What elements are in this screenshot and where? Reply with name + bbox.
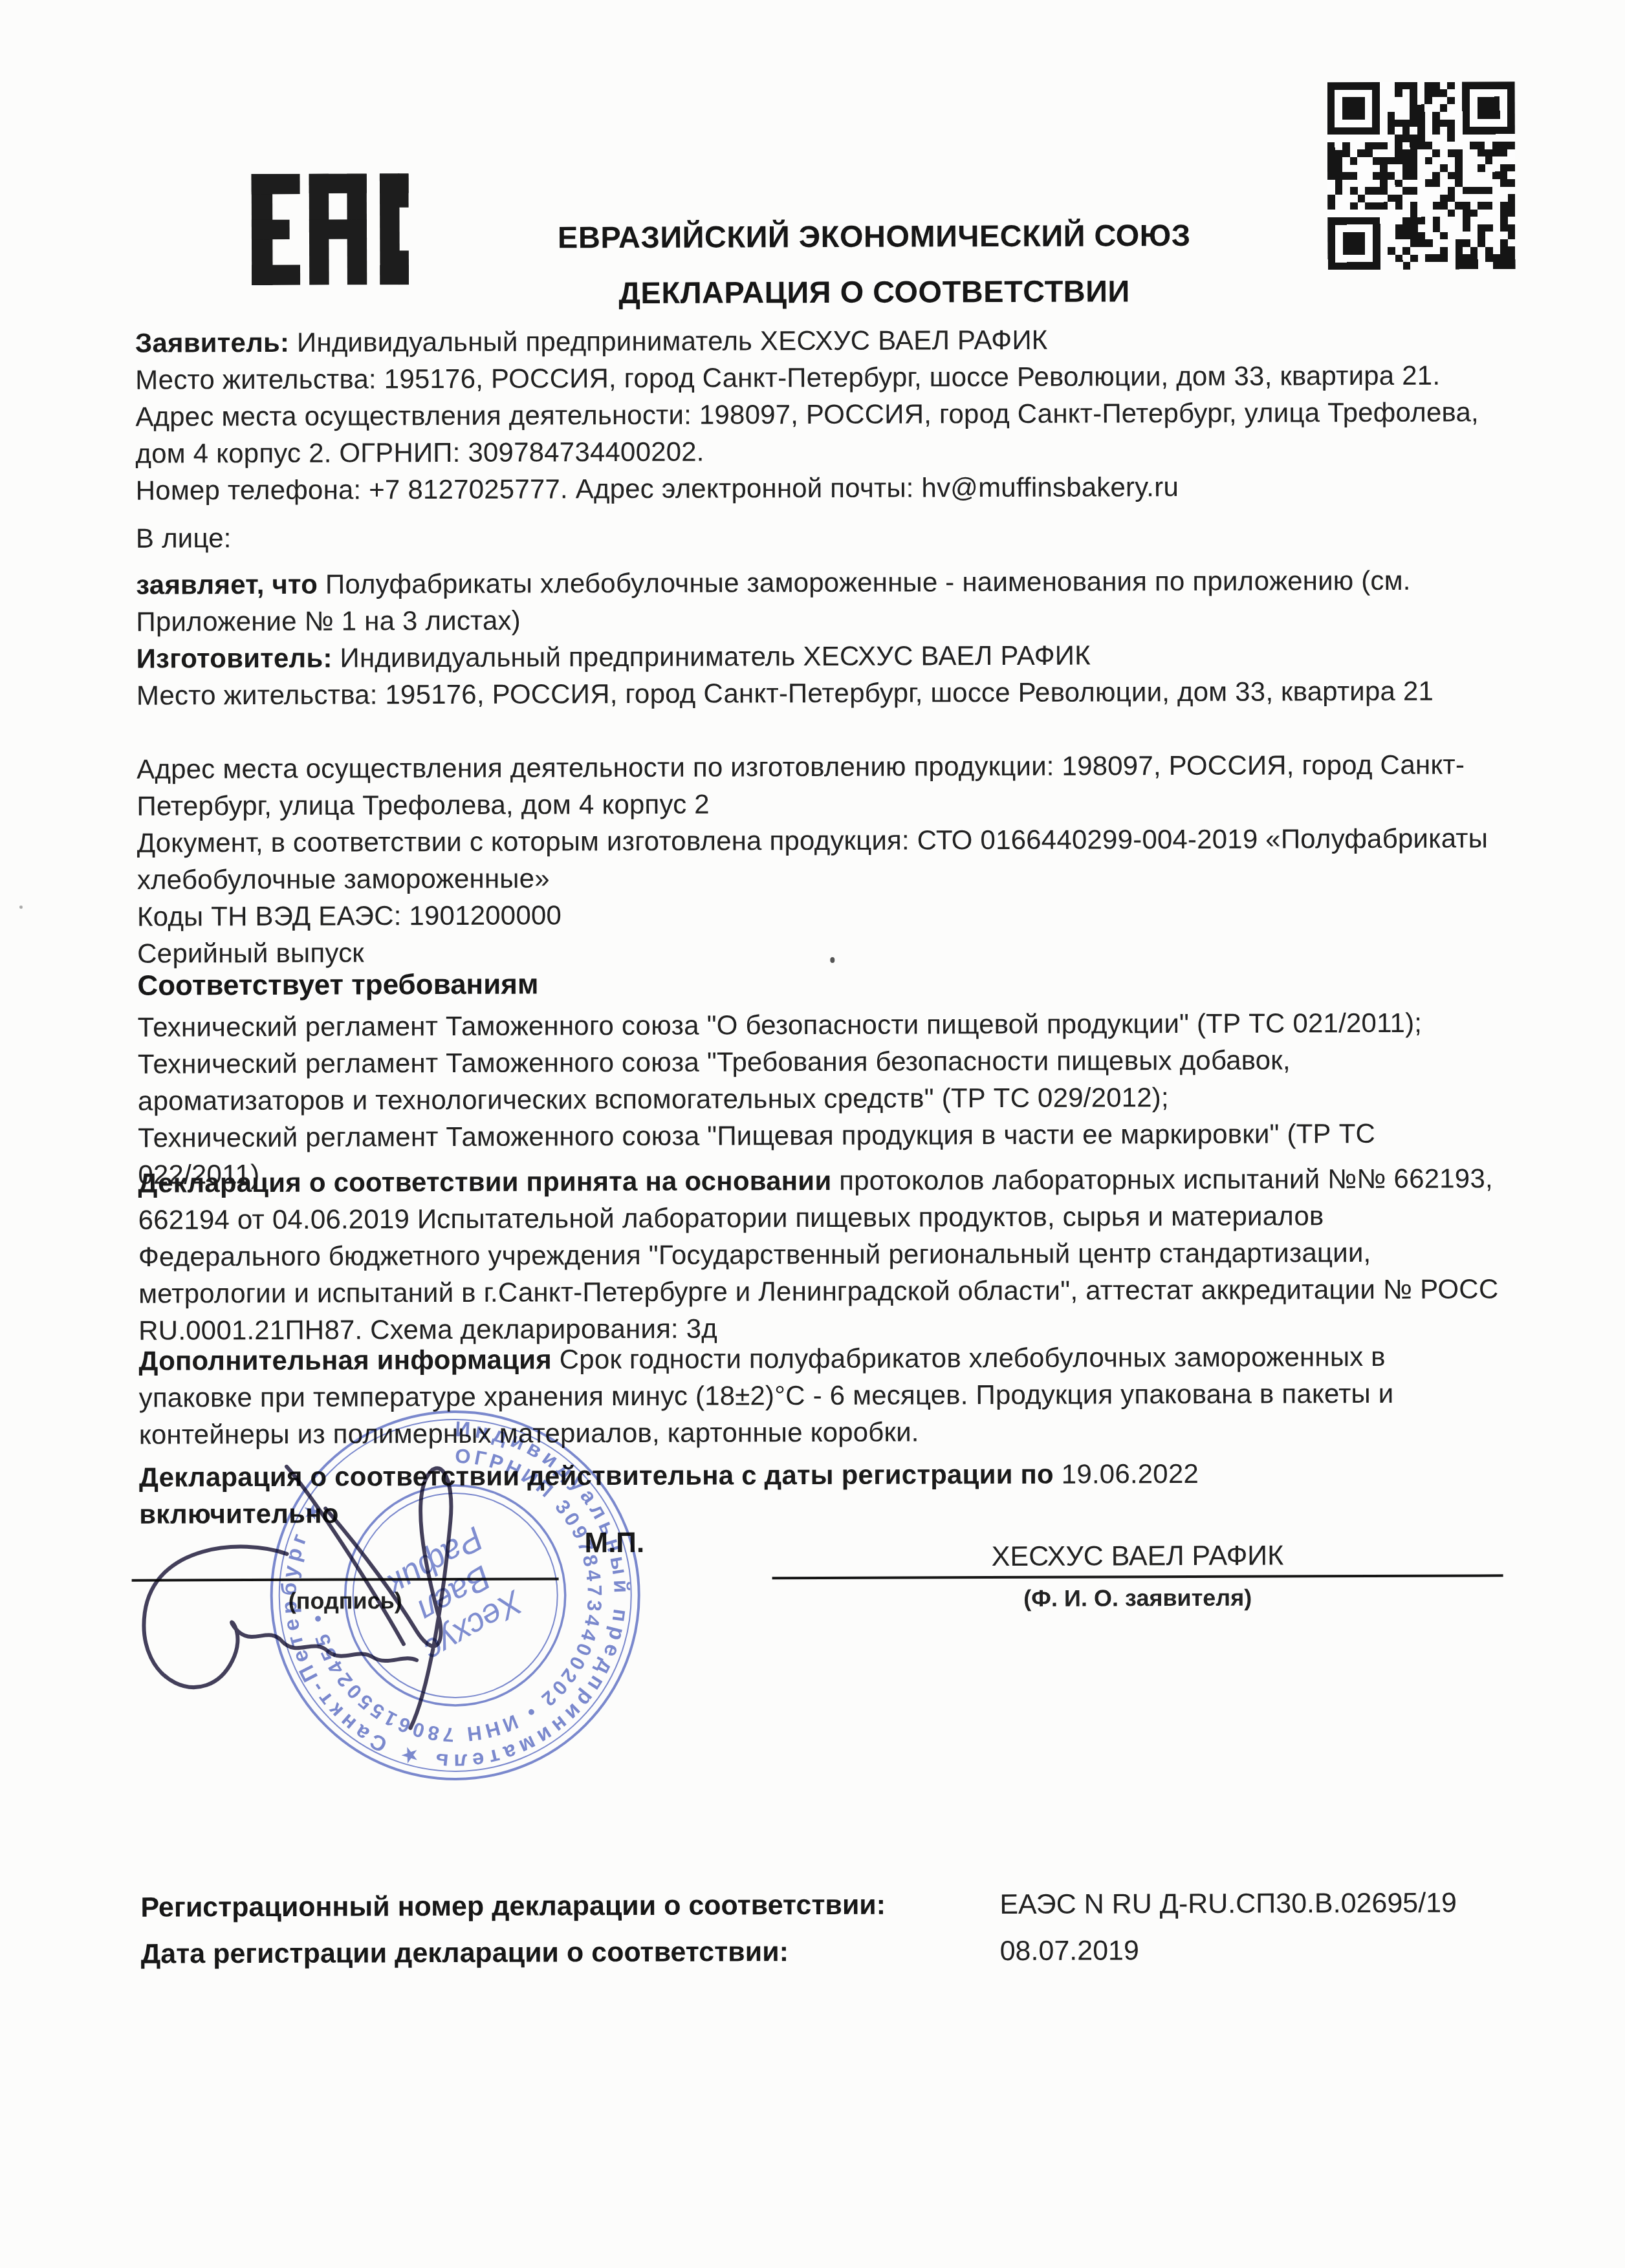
declares-label: заявляет, что — [136, 569, 318, 600]
additional-info-label: Дополнительная информация — [138, 1344, 552, 1376]
basis-label: Декларация о соответствии принята на осн… — [138, 1165, 831, 1198]
scan-speck — [19, 905, 23, 909]
stamp-center-name: Хесхус Ваел Рафик — [380, 1518, 530, 1669]
product-document: Документ, в соответствии с которым изгот… — [137, 819, 1503, 898]
tn-ved-codes: Коды ТН ВЭД ЕАЭС: 1901200000 — [137, 893, 1503, 934]
issue-type: Серийный выпуск — [137, 930, 1503, 971]
applicant-paragraph: Заявитель: Индивидуальный предпринимател… — [135, 319, 1502, 508]
applicant-name: Индивидуальный предприниматель ХЕСХУС ВА… — [289, 325, 1047, 358]
registration-date-label: Дата регистрации декларации о соответств… — [141, 1936, 789, 1970]
manufacturer-name: Индивидуальный предприниматель ХЕСХУС ВА… — [333, 640, 1091, 673]
applicant-address: Место жительства: 195176, РОССИЯ, город … — [135, 356, 1502, 471]
declares-product: Полуфабрикаты хлебобулочные замороженные… — [136, 565, 1410, 637]
registration-number-label: Регистрационный номер декларации о соотв… — [140, 1890, 886, 1924]
declarant-name-caption: (Ф. И. О. заявителя) — [772, 1583, 1503, 1613]
applicant-label: Заявитель: — [135, 327, 289, 358]
declarant-name: ХЕСХУС ВАЕЛ РАФИК — [772, 1539, 1503, 1573]
eac-logo — [251, 173, 409, 285]
compliance-heading: Соответствует требованиям — [137, 968, 538, 1002]
qr-code-icon — [1327, 81, 1516, 270]
in-person-line: В лице: — [136, 515, 1502, 556]
applicant-contacts: Номер телефона: +7 8127025777. Адрес эле… — [136, 467, 1502, 508]
declaration-title: ДЕКЛАРАЦИЯ О СООТВЕТСТВИИ — [412, 272, 1337, 311]
regulation-2: Технический регламент Таможенного союза … — [138, 1041, 1504, 1119]
registration-date-value: 08.07.2019 — [1000, 1935, 1139, 1967]
registration-number-value: ЕАЭС N RU Д-RU.СП30.В.02695/19 — [999, 1888, 1457, 1921]
manufacturer-label: Изготовитель: — [136, 643, 333, 674]
basis-paragraph: Декларация о соответствии принята на осн… — [138, 1160, 1505, 1348]
scan-speck — [830, 957, 834, 963]
document-content: ЕВРАЗИЙСКИЙ ЭКОНОМИЧЕСКИЙ СОЮЗ ДЕКЛАРАЦИ… — [0, 0, 1625, 2268]
validity-date: 19.06.2022 — [1054, 1458, 1199, 1489]
manufacturer-address: Место жительства: 195176, РОССИЯ, город … — [136, 672, 1503, 713]
declares-paragraph: заявляет, что Полуфабрикаты хлебобулочны… — [136, 561, 1502, 640]
union-title: ЕВРАЗИЙСКИЙ ЭКОНОМИЧЕСКИЙ СОЮЗ — [411, 217, 1336, 255]
round-stamp: Индивидуальный предприниматель ★ Санкт-П… — [248, 1388, 663, 1803]
scanned-declaration-page: ЕВРАЗИЙСКИЙ ЭКОНОМИЧЕСКИЙ СОЮЗ ДЕКЛАРАЦИ… — [0, 0, 1625, 2268]
manufacturer-paragraph: Изготовитель: Индивидуальный предпринима… — [136, 635, 1503, 713]
production-address: Адрес места осуществления деятельности п… — [136, 746, 1503, 824]
regulation-1: Технический регламент Таможенного союза … — [138, 1004, 1504, 1045]
declarant-name-line — [772, 1574, 1503, 1579]
